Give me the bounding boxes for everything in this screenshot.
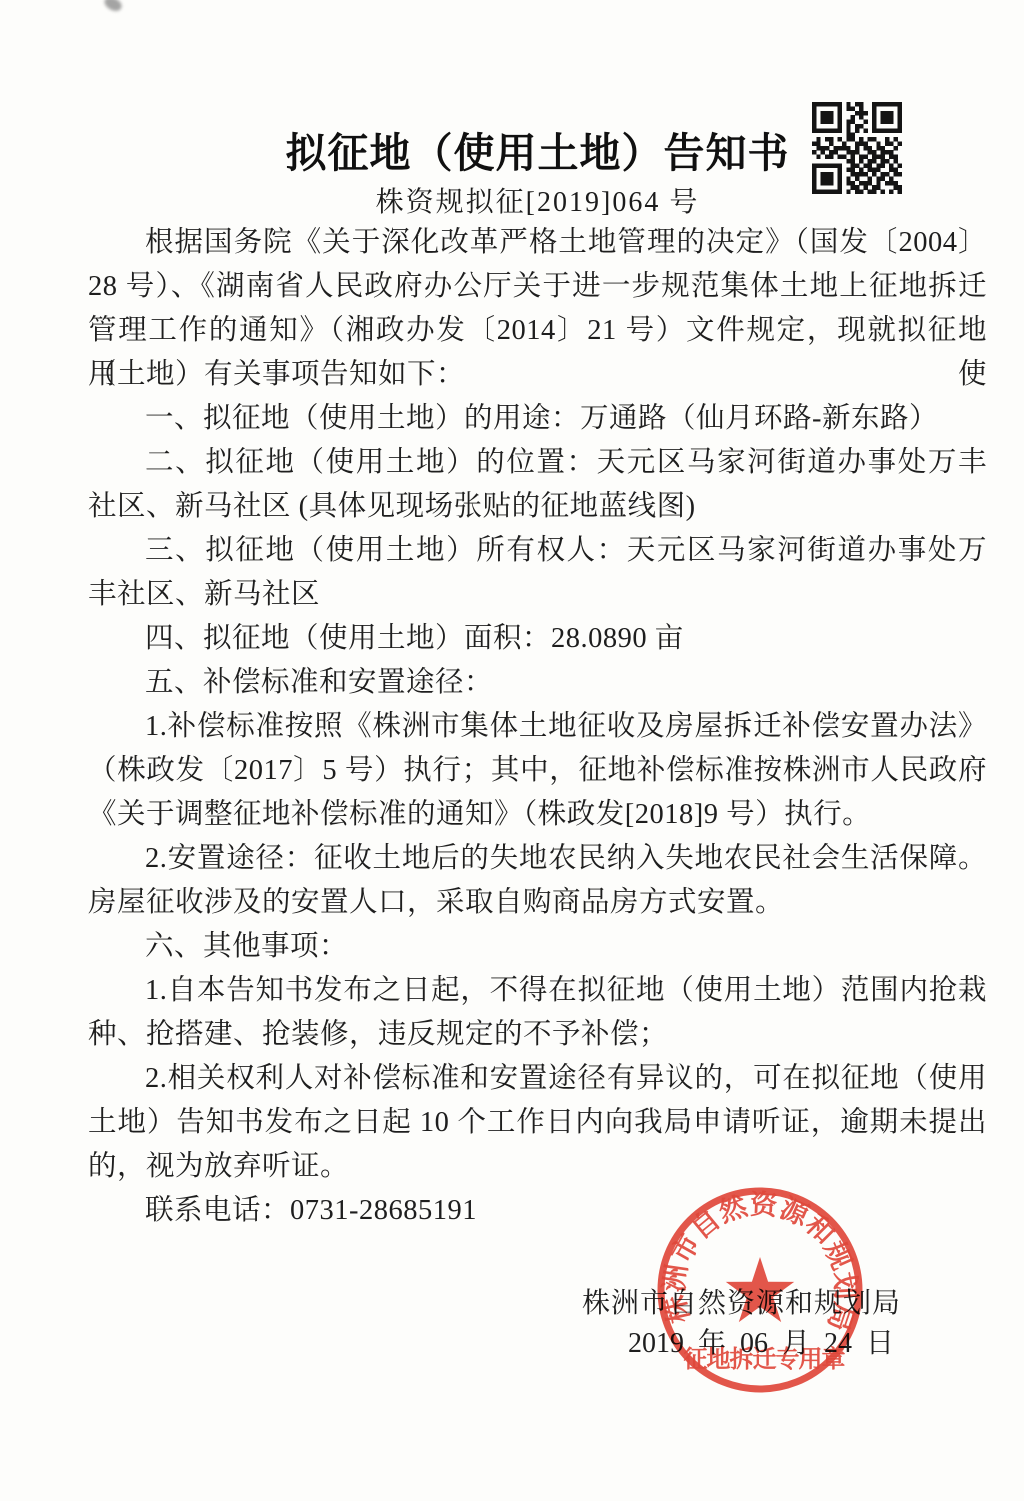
body-line: 2.安置途径：征收土地后的失地农民纳入失地农民社会生活保障。	[88, 837, 987, 881]
seal-star-icon	[726, 1257, 794, 1322]
body-line: 28 号）、《湖南省人民政府办公厅关于进一步规范集体土地上征地拆迁	[88, 265, 987, 309]
scan-smudge	[102, 0, 124, 14]
body-line: 四、拟征地（使用土地）面积：28.0890 亩	[88, 617, 987, 661]
doc-number: 株资规拟征[2019]064 号	[88, 180, 987, 220]
body-line: 房屋征收涉及的安置人口，采取自购商品房方式安置。	[88, 881, 987, 925]
body-line: 种、抢搭建、抢装修，违反规定的不予补偿；	[88, 1013, 987, 1057]
document-page: 拟征地（使用土地）告知书 株资规拟征[2019]064 号 根据国务院《关于深化…	[0, 0, 1024, 1501]
body-line: 六、其他事项：	[88, 925, 987, 969]
body-text: 根据国务院《关于深化改革严格土地管理的决定》（国发〔2004〕 28 号）、《湖…	[88, 221, 987, 1233]
body-line: 2.相关权利人对补偿标准和安置途径有异议的，可在拟征地（使用	[88, 1057, 987, 1101]
official-seal: 株洲市自然资源和规划局 征地拆迁专用章	[650, 1180, 870, 1400]
body-line: 根据国务院《关于深化改革严格土地管理的决定》（国发〔2004〕	[88, 221, 987, 265]
body-line: 1.补偿标准按照《株洲市集体土地征收及房屋拆迁补偿安置办法》	[88, 705, 987, 749]
body-line: 1.自本告知书发布之日起，不得在拟征地（使用土地）范围内抢栽	[88, 969, 987, 1013]
body-line: 五、补偿标准和安置途径：	[88, 661, 987, 705]
body-line: 土地）告知书发布之日起 10 个工作日内向我局申请听证，逾期未提出	[88, 1101, 987, 1145]
body-line: （株政发〔2017〕5 号）执行；其中，征地补偿标准按株洲市人民政府	[88, 749, 987, 793]
body-line: 《关于调整征地补偿标准的通知》（株政发[2018]9 号）执行。	[88, 793, 987, 837]
seal-bottom-text: 征地拆迁专用章	[684, 1345, 846, 1373]
body-line: 一、拟征地（使用土地）的用途：万通路（仙月环路-新东路）	[88, 397, 987, 441]
body-line: 三、拟征地（使用土地）所有权人：天元区马家河街道办事处万	[88, 529, 987, 573]
body-line: 二、拟征地（使用土地）的位置：天元区马家河街道办事处万丰	[88, 441, 987, 485]
body-line: 管理工作的通知》（湘政办发〔2014〕21 号）文件规定，现就拟征地（使	[88, 309, 987, 353]
body-line: 丰社区、新马社区	[88, 573, 987, 617]
body-line: 社区、新马社区 (具体见现场张贴的征地蓝线图)	[88, 485, 987, 529]
